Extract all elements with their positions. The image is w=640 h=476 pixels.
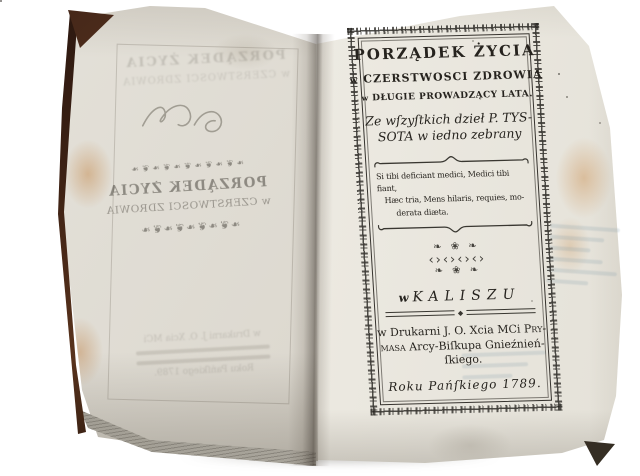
rule-divider: ◆ (386, 307, 535, 319)
title-page-frame: PORZĄDEK ŻYCIA w CZERSTWOSCI ZDROWIA w D… (347, 23, 563, 416)
byline: Ze wſzyſtkich dzieł P. TYS- SOTA w iedno… (365, 109, 534, 146)
latin-epigraph: Si tibi deficiant medici, Medici tibi fi… (371, 167, 536, 221)
show-through-line (548, 246, 590, 253)
ghost-imprint-line: w Drukarni J. O. Xcia MCi (117, 328, 287, 347)
byline-line2: SOTA w iedno zebrany (366, 125, 534, 146)
subtitle-prefix: w (361, 93, 368, 102)
show-through-line (548, 257, 603, 265)
ghost-title-offset-strong: ❧❦❧❦❧❦❧❦❧❦❧ PORZĄDEK ŻYCIA w CZERSTWOSCI… (94, 156, 282, 239)
subtitle-text: DŁUGIE PROWADZĄCY LATA. (372, 89, 533, 103)
ghost-imprint-offset: w Drukarni J. O. Xcia MCi Roku Pańſkiego… (117, 324, 289, 381)
title-page-content: PORZĄDEK ŻYCIA w CZERSTWOSCI ZDROWIA w D… (358, 33, 552, 405)
subtitle-text: CZERSTWOSCI ZDROWIA (363, 68, 543, 86)
imprint-place: wKALISZU (398, 286, 521, 305)
show-through-line (547, 268, 617, 277)
place-name: KALISZU (412, 286, 521, 305)
brace-divider-icon (376, 220, 535, 235)
imprint-smallcaps: Pry- (524, 322, 547, 336)
rule-ornament-icon: ◆ (455, 309, 467, 317)
floral-ornament: ❧ ❀ ❧ ‹›‹›‹›‹› ❧ ❀ ❧ (427, 242, 487, 278)
imprint-smallcaps: masa (380, 340, 406, 354)
floral-ornament-row: ❧ ❀ ❧ (429, 266, 487, 278)
subtitle-prefix: w (349, 76, 358, 86)
imprint: w Drukarni J. O. Xcia MCi Pry- masa Arcy… (377, 322, 549, 371)
main-title: PORZĄDEK ŻYCIA (353, 41, 536, 64)
subtitle-line1: w CZERSTWOSCI ZDROWIA (349, 68, 543, 86)
show-through-marks (546, 224, 620, 288)
place-prefix: w (398, 290, 409, 304)
subtitle-line2: w DŁUGIE PROWADZĄCY LATA. (361, 89, 533, 103)
imprint-text: w Drukarni J. O. Xcia MCi (377, 322, 521, 339)
ink-speckles (0, 0, 2, 2)
imprint-year: Roku Pańſkiego 1789. (388, 376, 542, 394)
book-photo: PORZĄDEK ŻYCIA w CZERSTWOSCI ZDROWIA ❧❦❧… (0, 0, 640, 476)
gutter-shadow (288, 34, 341, 466)
show-through-line (549, 235, 604, 243)
ghost-text-smudge (136, 344, 270, 355)
brace-divider-icon (372, 153, 531, 168)
imprint-text: Arcy-Biſkupa Gnieźnień- (409, 336, 545, 353)
